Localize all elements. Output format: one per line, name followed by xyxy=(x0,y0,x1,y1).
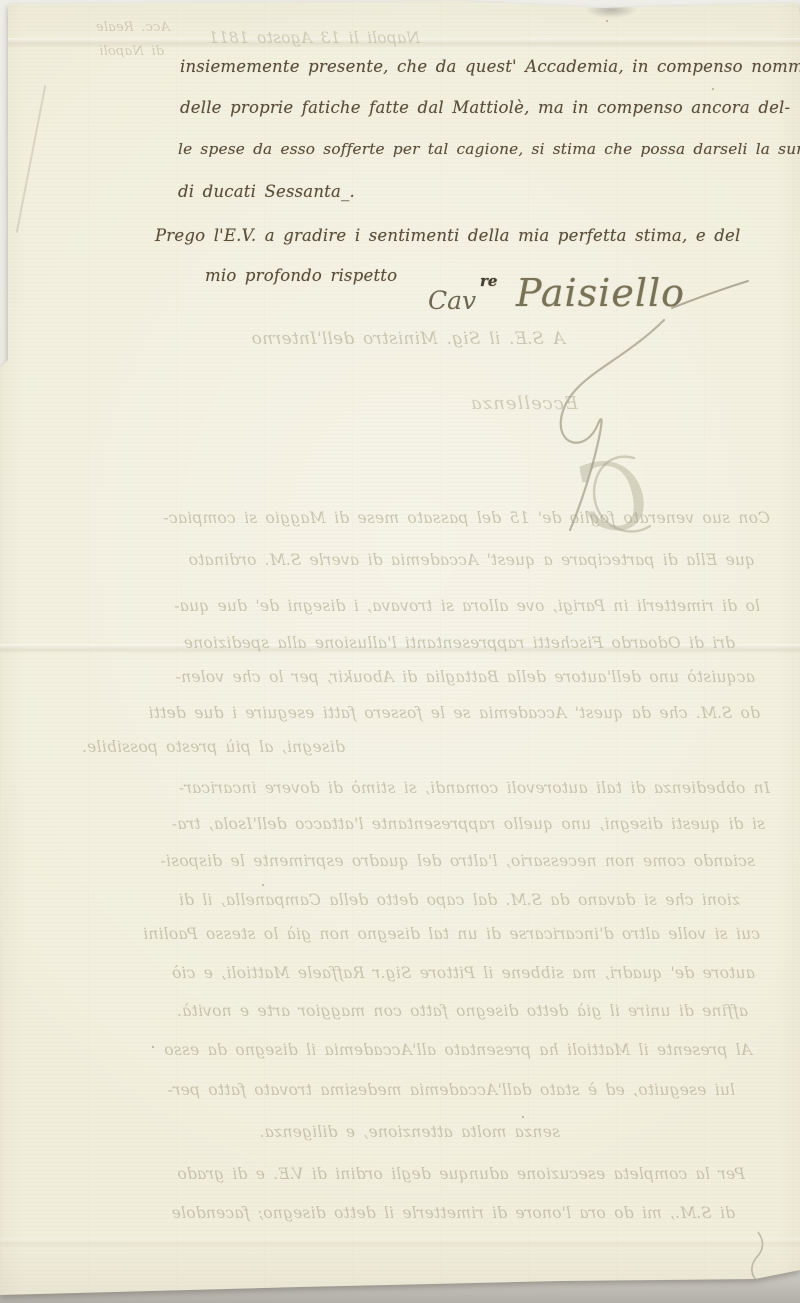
paper-speck xyxy=(606,20,608,22)
document-page: Napoli li 13 Agosto 1811 Acc. Reale di N… xyxy=(0,0,800,1303)
signature-title: Cav xyxy=(428,288,476,313)
letter-line: le spese da esso sofferte per tal cagion… xyxy=(178,140,800,160)
signature-title-superscript: re xyxy=(480,274,497,289)
paper-speck xyxy=(530,240,532,242)
signature-block: Cav re Paisiello xyxy=(420,272,765,562)
signature-flourish xyxy=(420,272,765,562)
paper-sheet: Napoli li 13 Agosto 1811 Acc. Reale di N… xyxy=(0,0,800,1303)
letter-line: mio profondo rispetto xyxy=(205,265,397,286)
paper-speck xyxy=(262,884,264,886)
paper-speck xyxy=(152,1046,154,1048)
letter-text-layer: insiememente presente, che da quest' Acc… xyxy=(0,0,800,1303)
letter-line: delle proprie fatiche fatte dal Mattiolè… xyxy=(180,97,790,118)
signature-name: Paisiello xyxy=(516,274,685,312)
letter-line: Prego l'E.V. a gradire i sentimenti dell… xyxy=(155,225,740,246)
paper-speck xyxy=(712,88,714,90)
letter-line: di ducati Sessanta_. xyxy=(178,181,355,202)
letter-line: insiememente presente, che da quest' Acc… xyxy=(180,56,800,77)
paper-shadow: Napoli li 13 Agosto 1811 Acc. Reale di N… xyxy=(0,0,800,1303)
paper-speck xyxy=(522,1116,524,1118)
